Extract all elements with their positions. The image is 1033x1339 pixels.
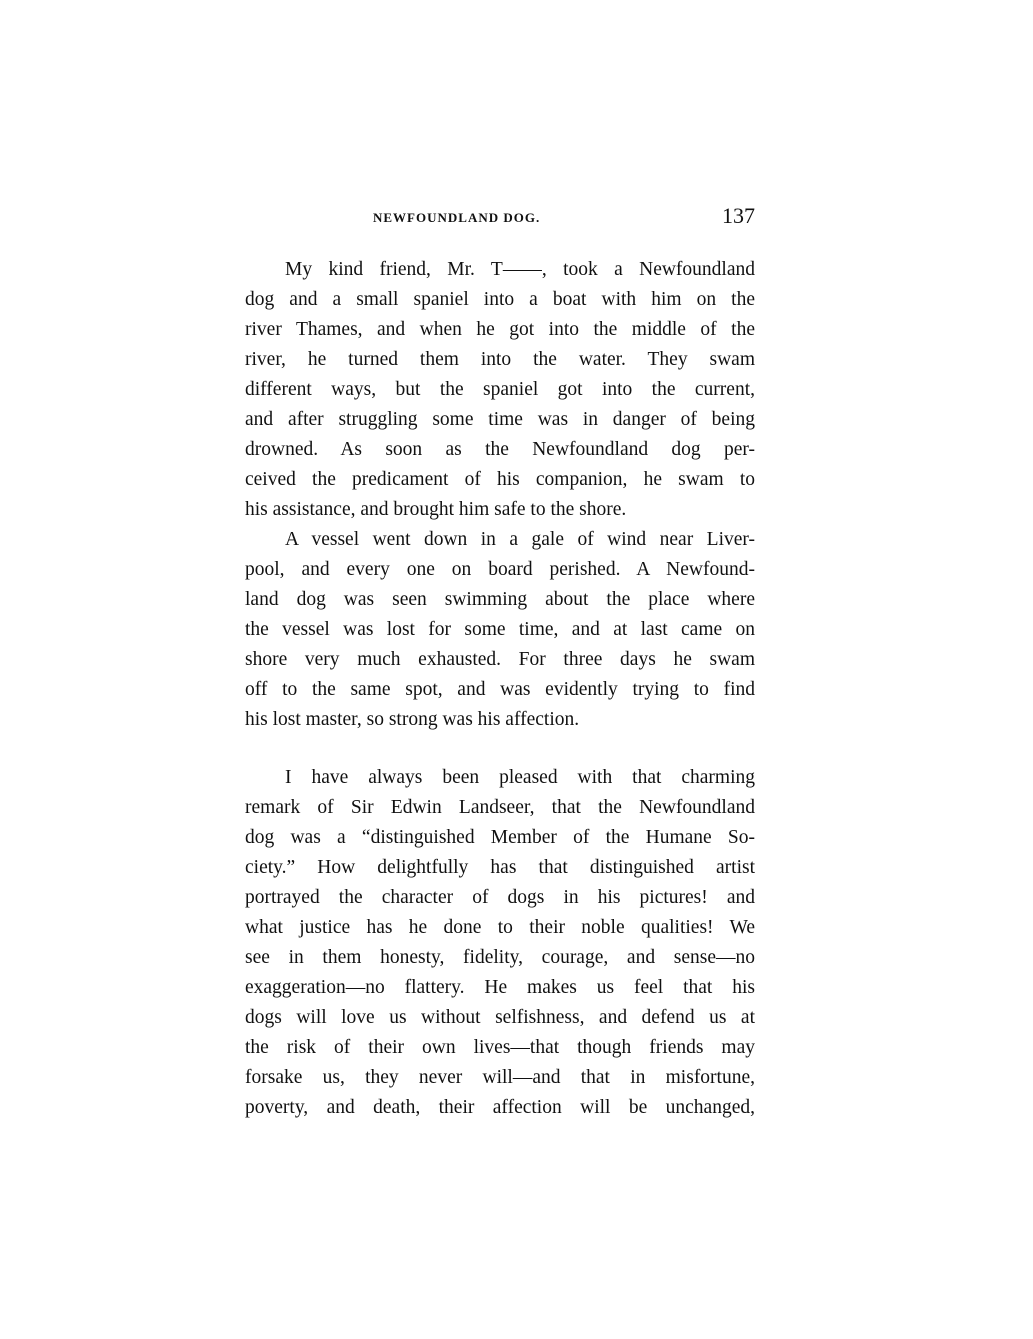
text-line: his lost master, so strong was his affec… bbox=[245, 705, 755, 735]
text-line: poverty, and death, their affection will… bbox=[245, 1093, 755, 1123]
text-line: A vessel went down in a gale of wind nea… bbox=[245, 525, 755, 555]
text-line: see in them honesty, fidelity, courage, … bbox=[245, 943, 755, 973]
text-line: exaggeration—no flattery. He makes us fe… bbox=[245, 973, 755, 1003]
page-number: 137 bbox=[722, 203, 755, 229]
text-line: his assistance, and brought him safe to … bbox=[245, 495, 755, 525]
text-line: dogs will love us without selfishness, a… bbox=[245, 1003, 755, 1033]
text-line: portrayed the character of dogs in his p… bbox=[245, 883, 755, 913]
text-line: what justice has he done to their noble … bbox=[245, 913, 755, 943]
text-line: the vessel was lost for some time, and a… bbox=[245, 615, 755, 645]
text-line: river Thames, and when he got into the m… bbox=[245, 315, 755, 345]
text-line: river, he turned them into the water. Th… bbox=[245, 345, 755, 375]
text-line: drowned. As soon as the Newfoundland dog… bbox=[245, 435, 755, 465]
text-line: I have always been pleased with that cha… bbox=[245, 763, 755, 793]
text-line: dog was a “distinguished Member of the H… bbox=[245, 823, 755, 853]
text-line: shore very much exhausted. For three day… bbox=[245, 645, 755, 675]
running-head: NEWFOUNDLAND DOG. 137 bbox=[245, 203, 755, 233]
text-line: land dog was seen swimming about the pla… bbox=[245, 585, 755, 615]
text-line: ciety.” How delightfully has that distin… bbox=[245, 853, 755, 883]
text-line: remark of Sir Edwin Landseer, that the N… bbox=[245, 793, 755, 823]
text-line: ceived the predicament of his companion,… bbox=[245, 465, 755, 495]
text-line: the risk of their own lives—that though … bbox=[245, 1033, 755, 1063]
text-line: forsake us, they never will—and that in … bbox=[245, 1063, 755, 1093]
text-line: dog and a small spaniel into a boat with… bbox=[245, 285, 755, 315]
text-line: and after struggling some time was in da… bbox=[245, 405, 755, 435]
text-line: different ways, but the spaniel got into… bbox=[245, 375, 755, 405]
text-line: off to the same spot, and was evidently … bbox=[245, 675, 755, 705]
text-line: My kind friend, Mr. T——, took a Newfound… bbox=[245, 255, 755, 285]
text-line: pool, and every one on board perished. A… bbox=[245, 555, 755, 585]
running-title: NEWFOUNDLAND DOG. bbox=[373, 210, 540, 226]
